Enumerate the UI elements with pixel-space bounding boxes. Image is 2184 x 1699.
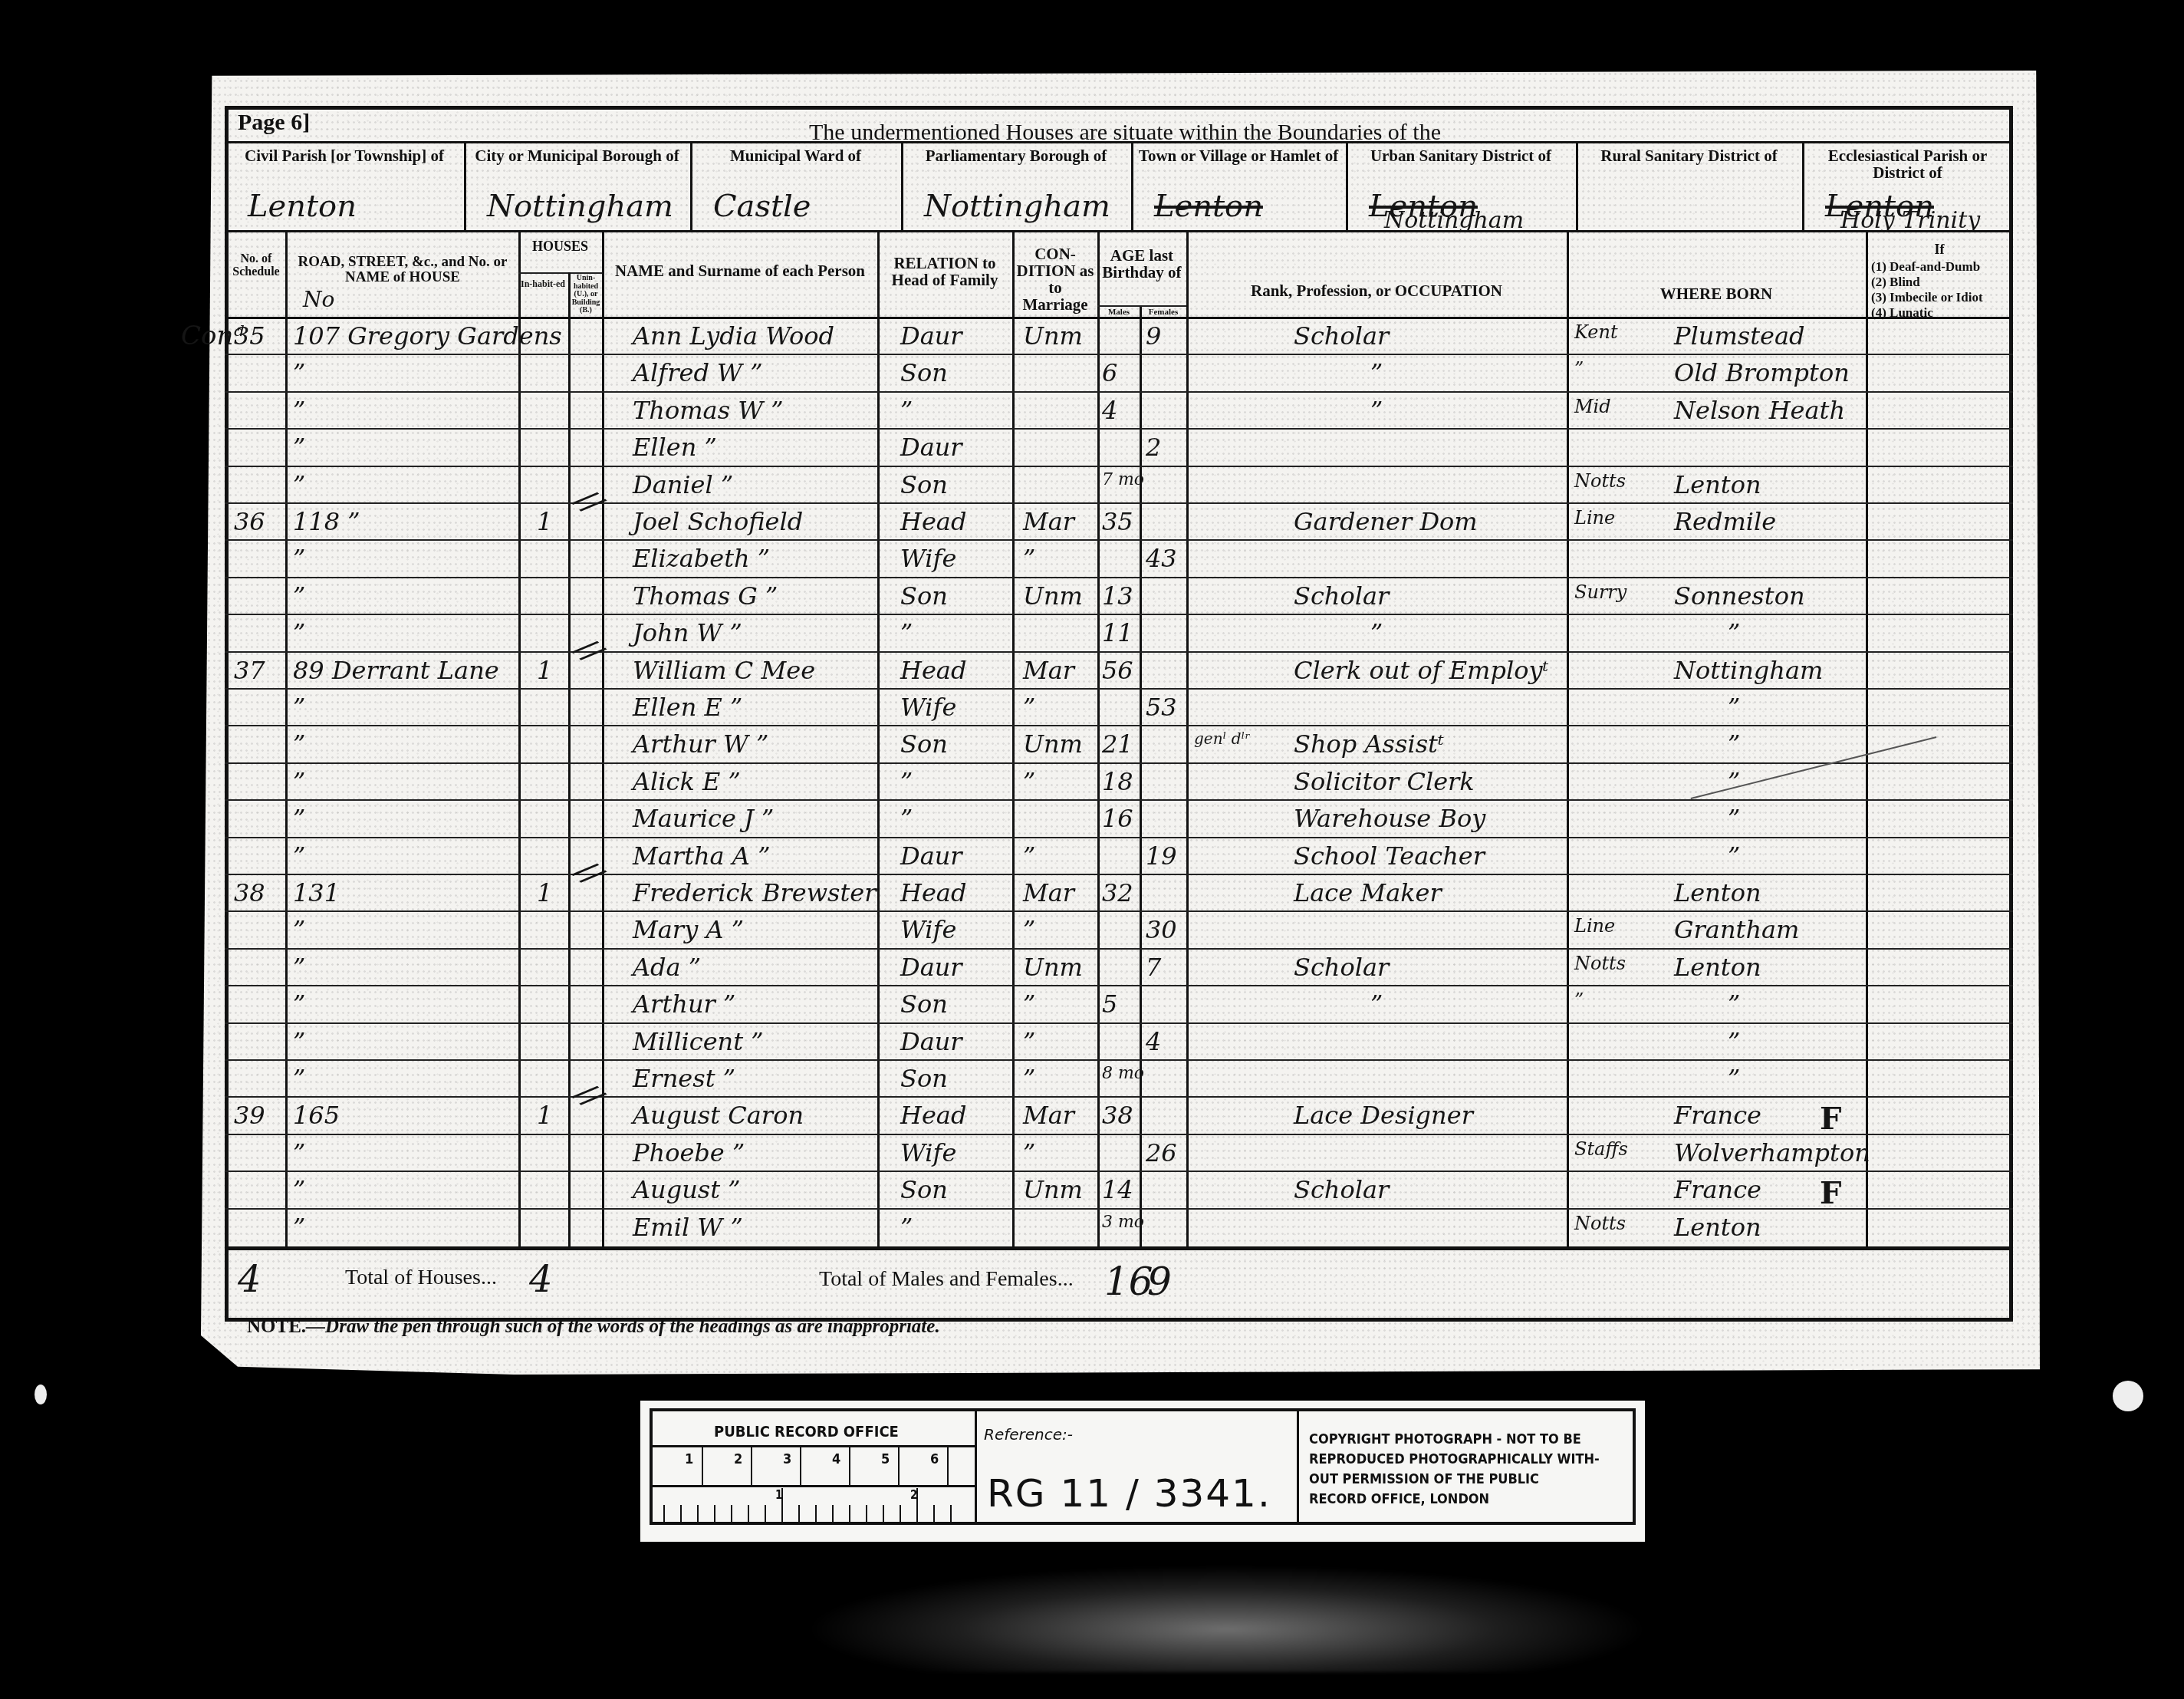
scale-tick [933, 1505, 935, 1522]
header-occupation: Rank, Profession, or OCCUPATION [1189, 282, 1564, 299]
header-road: ROAD, STREET, &c., and No. or NAME of HO… [291, 255, 514, 285]
relation: Daur [900, 953, 962, 982]
header-infirmity-item: (3) Imbecile or Idiot [1871, 290, 1983, 305]
scale-tick [900, 1505, 901, 1522]
row-rule [225, 725, 2013, 726]
road-address: ” [293, 433, 305, 462]
relation: Son [900, 470, 948, 499]
age-female: 9 [1146, 321, 1161, 351]
row-rule [225, 910, 2013, 912]
occupation: Lace Designer [1294, 1101, 1473, 1130]
birth-place: Lenton [1674, 878, 1761, 907]
scale-tick [702, 1447, 703, 1485]
age-male: 4 [1102, 396, 1117, 425]
marital-condition: Unm [1023, 729, 1083, 759]
person-name: Emil W ” [633, 1213, 743, 1242]
birth-county: Notts [1574, 1213, 1626, 1234]
scale-tick [947, 1447, 949, 1485]
table-row [225, 688, 2013, 725]
relation: Daur [900, 1027, 962, 1056]
rule [225, 230, 2013, 232]
road-address: ” [293, 767, 305, 796]
relation: Daur [900, 841, 962, 871]
occupation: ” [1370, 989, 1383, 1019]
scale-tick [883, 1505, 884, 1522]
age-male: 56 [1102, 656, 1133, 685]
birth-place: ” [1728, 841, 1740, 871]
marital-condition: ” [1023, 544, 1035, 573]
scale-tick [866, 1505, 867, 1522]
marital-condition: ” [1023, 1064, 1035, 1093]
schedule-number: 37 [234, 656, 265, 685]
person-name: Ellen E ” [633, 693, 742, 722]
row-rule [225, 539, 2013, 541]
scale-number: 5 [881, 1451, 890, 1467]
person-name: August ” [633, 1175, 741, 1204]
total-houses: 4 [529, 1258, 553, 1301]
scale-tick [697, 1505, 699, 1522]
houses-inhabited: 1 [537, 507, 552, 536]
row-rule [225, 354, 2013, 355]
rule [225, 1246, 2013, 1250]
marital-condition: ” [1023, 1138, 1035, 1167]
marital-condition: Unm [1023, 581, 1083, 611]
rule [464, 141, 466, 230]
person-name: Thomas G ” [633, 581, 778, 611]
road-address: ” [293, 1064, 305, 1093]
road-address: ” [293, 470, 305, 499]
person-name: William C Mee [633, 656, 815, 685]
birth-place: Lenton [1674, 470, 1761, 499]
birth-place: Nottingham [1674, 656, 1823, 685]
rule [1802, 141, 1804, 230]
scale-tick [815, 1505, 817, 1522]
occupation: Warehouse Boy [1294, 804, 1485, 833]
occupation: Scholar [1294, 321, 1389, 351]
scale-tick [731, 1505, 732, 1522]
admin-header-label: City or Municipal Borough of [467, 147, 687, 164]
scale-number: 4 [832, 1451, 840, 1467]
relation: Wife [900, 1138, 956, 1167]
scale-tick [832, 1505, 834, 1522]
road-address: 131 [293, 878, 340, 907]
age-male: 18 [1102, 767, 1133, 796]
relation: Wife [900, 915, 956, 944]
birth-place: ” [1728, 804, 1740, 833]
birth-place: Plumstead [1674, 321, 1805, 351]
marital-condition: Mar [1023, 656, 1074, 685]
reference-slip: PUBLIC RECORD OFFICE 123456 12 Reference… [640, 1401, 1645, 1542]
person-name: Frederick Brewster [633, 878, 877, 907]
road-address: ” [293, 841, 305, 871]
relation: Son [900, 358, 948, 387]
person-name: Joel Schofield [633, 507, 803, 536]
age-male: 13 [1102, 581, 1133, 611]
road-address: 107 Gregory Gardens [293, 321, 562, 351]
scale-number: 1 [685, 1451, 693, 1467]
admin-header-value: Holy Trinity [1840, 207, 1980, 234]
scale-number: 2 [734, 1451, 742, 1467]
birth-place: Old Brompton [1674, 358, 1850, 387]
rule [690, 141, 692, 230]
birth-place: Redmile [1674, 507, 1776, 536]
header-males: Males [1098, 308, 1140, 318]
person-name: Thomas W ” [633, 396, 784, 425]
road-address: ” [293, 581, 305, 611]
copyright-line: REPRODUCED PHOTOGRAPHICALLY WITH- [1309, 1451, 1600, 1467]
admin-header-label: Civil Parish [or Township] of [228, 147, 461, 164]
road-address: ” [293, 358, 305, 387]
admin-header-value: Lenton [1154, 189, 1263, 224]
occupation: Solicitor Clerk [1294, 767, 1475, 796]
header-schedule: No. of Schedule [227, 253, 285, 279]
road-address: 165 [293, 1101, 340, 1130]
header-females: Females [1140, 308, 1186, 318]
scale-number: 6 [930, 1451, 939, 1467]
admin-header-value: Castle [713, 189, 811, 224]
row-rule [225, 1096, 2013, 1098]
occupation: Scholar [1294, 953, 1389, 982]
relation: ” [900, 1213, 913, 1242]
admin-header-value: Lenton [248, 189, 357, 224]
rule [1131, 141, 1133, 230]
birth-place: France [1674, 1101, 1761, 1130]
houses-inhabited: 1 [537, 878, 552, 907]
row-rule [225, 1059, 2013, 1061]
birth-place: Wolverhampton [1674, 1138, 1870, 1167]
person-name: Alick E ” [633, 767, 741, 796]
birth-place: ” [1728, 693, 1740, 722]
birth-place: France [1674, 1175, 1761, 1204]
age-female: 7 [1146, 953, 1161, 982]
person-name: Mary A ” [633, 915, 744, 944]
rule [975, 1411, 977, 1523]
scale-number: 1 [775, 1488, 782, 1502]
relation: ” [900, 618, 913, 647]
relation: Son [900, 581, 948, 611]
scale-tick [849, 1447, 850, 1485]
birth-county: Staffs [1574, 1138, 1628, 1160]
person-name: August Caron [633, 1101, 804, 1130]
occupation: Shop Assistᵗ [1294, 729, 1444, 759]
rule [1297, 1411, 1299, 1523]
relation: Son [900, 1064, 948, 1093]
copyright-line: RECORD OFFICE, LONDON [1309, 1491, 1489, 1507]
relation: Son [900, 989, 948, 1019]
note-text: —Draw the pen through such of the words … [306, 1316, 940, 1337]
marital-condition: ” [1023, 989, 1035, 1019]
marital-condition: ” [1023, 767, 1035, 796]
row-rule [225, 502, 2013, 504]
relation: Daur [900, 433, 962, 462]
note-prefix: NOTE. [247, 1316, 306, 1337]
relation: Wife [900, 544, 956, 573]
age-male: 32 [1102, 878, 1133, 907]
rule [1576, 141, 1578, 230]
person-name: Alfred W ” [633, 358, 763, 387]
birth-place: ” [1728, 618, 1740, 647]
birth-county: ” [1574, 358, 1584, 380]
birth-place: ” [1728, 729, 1740, 759]
birth-place: Lenton [1674, 1213, 1761, 1242]
houses-inhabited: 1 [537, 656, 552, 685]
birth-place: Grantham [1674, 915, 1799, 944]
relation: Head [900, 1101, 966, 1130]
relation: ” [900, 804, 913, 833]
age-male: 8 mo [1102, 1064, 1144, 1083]
road-address: ” [293, 989, 305, 1019]
admin-header-label: Town or Village or Hamlet of [1134, 147, 1343, 164]
road-annotation: No [303, 287, 334, 312]
person-name: Arthur ” [633, 989, 735, 1019]
marital-condition: ” [1023, 693, 1035, 722]
age-male: 5 [1102, 989, 1117, 1019]
relation: Son [900, 1175, 948, 1204]
total-schedules: 4 [238, 1258, 261, 1301]
birth-county: Line [1574, 915, 1615, 937]
road-address: ” [293, 693, 305, 722]
marital-condition: ” [1023, 841, 1035, 871]
birth-county: Line [1574, 507, 1615, 528]
header-relation: RELATION to Head of Family [880, 255, 1009, 288]
relation: Son [900, 729, 948, 759]
relation: Daur [900, 321, 962, 351]
row-rule [225, 1134, 2013, 1135]
scale-tick [950, 1505, 952, 1522]
age-male: 14 [1102, 1175, 1133, 1204]
row-rule [225, 837, 2013, 838]
header-name: NAME and Surname of each Person [613, 262, 867, 279]
birth-county: Notts [1574, 953, 1626, 974]
scale-tick [663, 1505, 665, 1522]
relation: Wife [900, 693, 956, 722]
road-address: 89 Derrant Lane [293, 656, 499, 685]
relation: Head [900, 656, 966, 685]
header-infirmity-if: If [1868, 242, 2011, 257]
person-name: John W ” [633, 618, 742, 647]
scale-tick [748, 1505, 749, 1522]
birth-county: Mid [1574, 396, 1611, 417]
schedule-number: 38 [234, 878, 265, 907]
relation: Head [900, 878, 966, 907]
scale-tick [898, 1447, 900, 1485]
table-row [225, 837, 2013, 874]
total-males: 16 [1104, 1259, 1153, 1304]
scale-tick [798, 1505, 800, 1522]
birth-county: ” [1574, 989, 1584, 1011]
record-office-label: PUBLIC RECORD OFFICE [714, 1422, 899, 1441]
birth-county: Notts [1574, 470, 1626, 492]
marital-condition: Mar [1023, 507, 1074, 536]
birth-county: Surry [1574, 581, 1626, 603]
reference-slip-border: PUBLIC RECORD OFFICE 123456 12 Reference… [650, 1408, 1636, 1525]
road-address: ” [293, 804, 305, 833]
birth-place: Sonneston [1674, 581, 1805, 611]
reference-number: RG 11 / 3341. [987, 1471, 1271, 1516]
row-rule [225, 428, 2013, 430]
page-label: Page 6] [238, 110, 310, 136]
age-male: 3 mo [1102, 1213, 1144, 1232]
road-address: 118 ” [293, 507, 360, 536]
schedule-number: 35 [234, 321, 265, 351]
age-female: 2 [1146, 433, 1161, 462]
admin-header-label: Rural Sanitary District of [1579, 147, 1799, 164]
table-row [225, 539, 2013, 576]
age-male: 16 [1102, 804, 1133, 833]
row-rule [225, 466, 2013, 467]
road-address: ” [293, 1138, 305, 1167]
scan-artifact [805, 1565, 1649, 1672]
relation: ” [900, 767, 913, 796]
road-address: ” [293, 618, 305, 647]
marital-condition: Mar [1023, 1101, 1074, 1130]
admin-header-value: Nottingham [924, 189, 1110, 224]
header-houses: HOUSES [518, 239, 602, 254]
person-name: Daniel ” [633, 470, 733, 499]
scale-tick [714, 1505, 715, 1522]
scale-tick [680, 1505, 682, 1522]
scale-number: 2 [910, 1488, 917, 1502]
scale-tick [849, 1505, 850, 1522]
rule [653, 1445, 975, 1447]
occupation: Clerk out of Employᵗ [1294, 656, 1548, 685]
person-name: Ernest ” [633, 1064, 735, 1093]
birth-place: ” [1728, 989, 1740, 1019]
row-rule [225, 762, 2013, 764]
occupation: ” [1370, 358, 1383, 387]
age-female: 53 [1146, 693, 1177, 722]
person-name: Ann Lydia Wood [633, 321, 834, 351]
marital-condition: ” [1023, 1027, 1035, 1056]
header-where-born: WHERE BORN [1569, 285, 1863, 302]
person-name: Martha A ” [633, 841, 771, 871]
total-females: 9 [1147, 1259, 1172, 1304]
birth-place: ” [1728, 1027, 1740, 1056]
schedule-number: 39 [234, 1101, 265, 1130]
relation: Head [900, 507, 966, 536]
birth-place: Nelson Heath [1674, 396, 1845, 425]
occupation: Gardener Dom [1294, 507, 1478, 536]
rule [1346, 141, 1348, 230]
age-male: 7 mo [1102, 470, 1144, 489]
row-rule [225, 577, 2013, 578]
person-name: Millicent ” [633, 1027, 764, 1056]
scan-artifact [2113, 1381, 2143, 1411]
age-male: 38 [1102, 1101, 1133, 1130]
reference-label: Reference:- [984, 1425, 1073, 1444]
header-inhabited: In-habit-ed [520, 279, 566, 289]
footer-note: NOTE.—Draw the pen through such of the w… [247, 1316, 940, 1338]
scale-tick [751, 1447, 752, 1485]
person-name: Maurice J ” [633, 804, 774, 833]
marital-condition: Mar [1023, 878, 1074, 907]
person-name: Ellen ” [633, 433, 717, 462]
occupation: ” [1370, 396, 1383, 425]
scale-tick [765, 1505, 766, 1522]
admin-header-label: Parliamentary Borough of [904, 147, 1128, 164]
row-rule [225, 651, 2013, 653]
road-address: ” [293, 544, 305, 573]
row-rule [225, 1208, 2013, 1210]
occupation: Scholar [1294, 581, 1389, 611]
admin-header-value: Nottingham [1384, 207, 1524, 234]
age-female: 19 [1146, 841, 1177, 871]
road-address: ” [293, 1175, 305, 1204]
rule [1097, 305, 1186, 307]
row-rule [225, 688, 2013, 690]
table-row [225, 428, 2013, 465]
road-address: ” [293, 1027, 305, 1056]
admin-header-label: Ecclesiastical Parish or District of [1805, 147, 2010, 181]
occupation: School Teacher [1294, 841, 1485, 871]
road-address: ” [293, 396, 305, 425]
row-rule [225, 614, 2013, 615]
header-infirmity-item: (2) Blind [1871, 275, 1920, 290]
relation: ” [900, 396, 913, 425]
admin-header-value: Nottingham [487, 189, 673, 224]
total-houses-label: Total of Houses... [345, 1266, 497, 1290]
header-condition: CON-DITION as to Marriage [1016, 245, 1094, 313]
age-female: 4 [1146, 1027, 1161, 1056]
occupation: ” [1370, 618, 1383, 647]
occupation: Scholar [1294, 1175, 1389, 1204]
occupation-prefix: genˡ dˡʳ [1194, 729, 1250, 748]
birth-county: Kent [1574, 321, 1618, 343]
table-row [225, 985, 2013, 1022]
row-rule [225, 948, 2013, 950]
houses-inhabited: 1 [537, 1101, 552, 1130]
age-male: 11 [1102, 618, 1133, 647]
marital-condition: Unm [1023, 953, 1083, 982]
road-address: ” [293, 915, 305, 944]
scan-artifact [35, 1385, 47, 1404]
scale-tick [800, 1447, 801, 1485]
age-female: 43 [1146, 544, 1177, 573]
road-address: ” [293, 729, 305, 759]
row-rule [225, 391, 2013, 393]
row-rule [225, 1022, 2013, 1024]
copyright-line: COPYRIGHT PHOTOGRAPH - NOT TO BE [1309, 1431, 1581, 1447]
margin-mark: F [1820, 1101, 1841, 1137]
schedule-number: 36 [234, 507, 265, 536]
total-persons-label: Total of Males and Females... [819, 1267, 1074, 1292]
marital-condition: Unm [1023, 321, 1083, 351]
age-female: 30 [1146, 915, 1177, 944]
road-address: ” [293, 1213, 305, 1242]
birth-place: ” [1728, 767, 1740, 796]
scale-number: 3 [783, 1451, 791, 1467]
occupation: Lace Maker [1294, 878, 1442, 907]
marital-condition: ” [1023, 915, 1035, 944]
rule [653, 1485, 975, 1487]
age-male: 6 [1102, 358, 1117, 387]
road-address: ” [293, 953, 305, 982]
rule [901, 141, 903, 230]
row-rule [225, 985, 2013, 986]
margin-mark: F [1820, 1175, 1841, 1211]
person-name: Phoebe ” [633, 1138, 745, 1167]
admin-header-label: Municipal Ward of [693, 147, 898, 164]
header-infirmity-item: (1) Deaf-and-Dumb [1871, 259, 1980, 275]
marital-condition: Unm [1023, 1175, 1083, 1204]
age-male: 35 [1102, 507, 1133, 536]
table-row [225, 1022, 2013, 1059]
admin-header-label: Urban Sanitary District of [1349, 147, 1573, 164]
row-rule [225, 799, 2013, 801]
person-name: Ada ” [633, 953, 701, 982]
row-rule [225, 874, 2013, 875]
rule [225, 141, 2013, 143]
